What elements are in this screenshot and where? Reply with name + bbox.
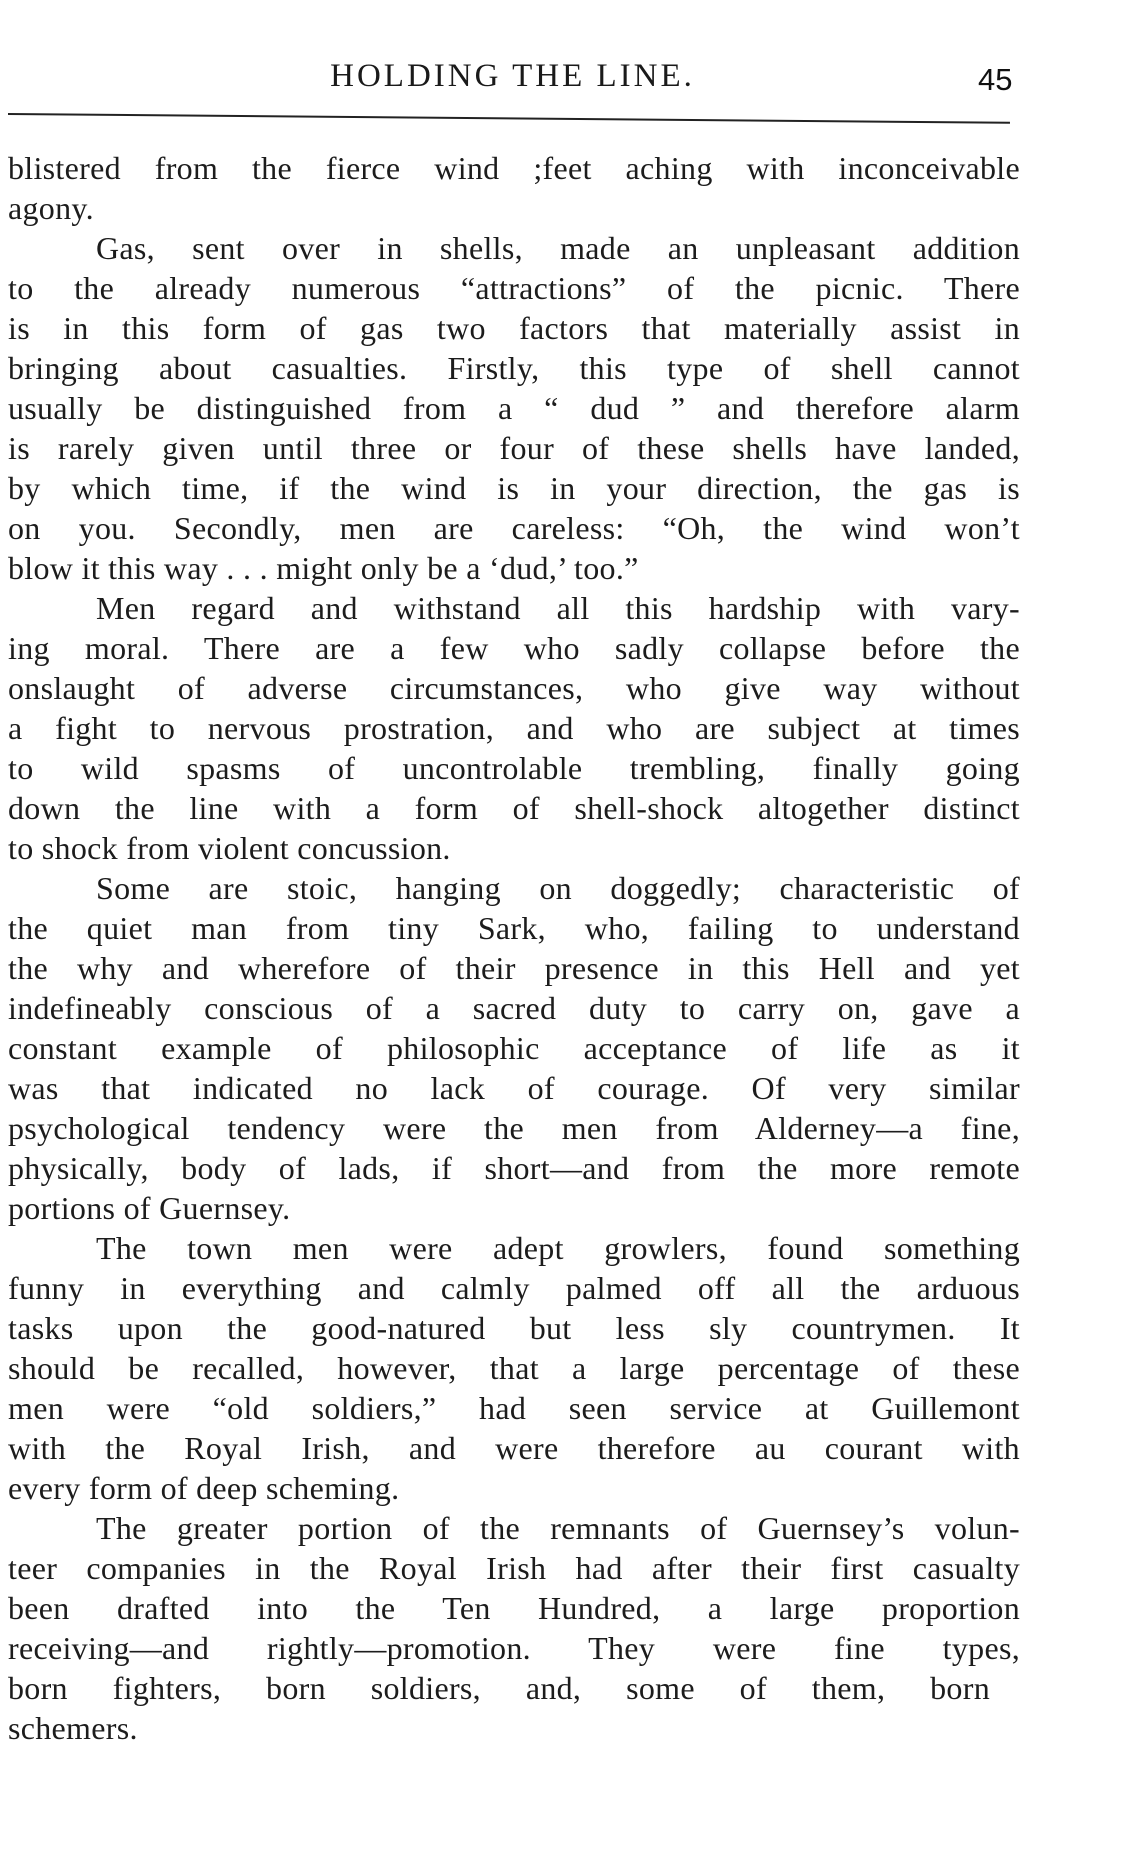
text-line: is in this form of gas two factors that … [8,308,1020,348]
text-line: blow it this way . . . might only be a ‘… [8,548,1020,588]
text-line: usually be distinguished from a “ dud ” … [8,388,1020,428]
paragraph-start-line: The greater portion of the remnants of G… [8,1508,1020,1548]
text-line: been drafted into the Ten Hundred, a lar… [8,1588,1020,1628]
running-head: HOLDING THE LINE. 45 [0,56,1144,96]
text-line: is rarely given until three or four of t… [8,428,1020,468]
text-line: funny in everything and calmly palmed of… [8,1268,1020,1308]
text-line: men were “old soldiers,” had seen servic… [8,1388,1020,1428]
text-line: every form of deep scheming. [8,1468,1020,1508]
text-line: the quiet man from tiny Sark, who, faili… [8,908,1020,948]
text-line: schemers. [8,1708,1020,1748]
paragraph-start-line: The town men were adept growlers, found … [8,1228,1020,1268]
text-line: blistered from the fierce wind ;feet ach… [8,148,1020,188]
text-line: physically, body of lads, if short—and f… [8,1148,1020,1188]
text-line: to the already numerous “attractions” of… [8,268,1020,308]
text-line: constant example of philosophic acceptan… [8,1028,1020,1068]
text-line: receiving—and rightly—promotion. They we… [8,1628,1020,1668]
text-line: born fighters, born soldiers, and, some … [8,1668,990,1708]
text-line: tasks upon the good-natured but less sly… [8,1308,1020,1348]
text-line: to wild spasms of uncontrolable tremblin… [8,748,1020,788]
text-line: to shock from violent concussion. [8,828,1020,868]
page-number: 45 [978,60,1012,100]
text-line: down the line with a form of shell-shock… [8,788,1020,828]
running-title: HOLDING THE LINE. [300,56,725,96]
text-line: a fight to nervous prostration, and who … [8,708,1020,748]
text-line: bringing about casualties. Firstly, this… [8,348,1020,388]
text-line: the why and wherefore of their presence … [8,948,1020,988]
text-line: indefineably conscious of a sacred duty … [8,988,1020,1028]
text-line: on you. Secondly, men are careless: “Oh,… [8,508,1020,548]
text-line: with the Royal Irish, and were therefore… [8,1428,1020,1468]
text-line: agony. [8,188,1020,228]
paragraph-start-line: Gas, sent over in shells, made an unplea… [8,228,1020,268]
text-line: by which time, if the wind is in your di… [8,468,1020,508]
text-line: portions of Guernsey. [8,1188,1020,1228]
text-line: should be recalled, however, that a larg… [8,1348,1020,1388]
header-rule [8,113,1010,124]
text-line: psychological tendency were the men from… [8,1108,1020,1148]
text-line: onslaught of adverse circumstances, who … [8,668,1020,708]
paragraph-start-line: Some are stoic, hanging on doggedly; cha… [8,868,1020,908]
paragraph-start-line: Men regard and withstand all this hardsh… [8,588,1020,628]
body-text: blistered from the fierce wind ;feet ach… [8,148,1020,1748]
text-line: teer companies in the Royal Irish had af… [8,1548,1020,1588]
text-line: ing moral. There are a few who sadly col… [8,628,1020,668]
text-line: was that indicated no lack of courage. O… [8,1068,1020,1108]
